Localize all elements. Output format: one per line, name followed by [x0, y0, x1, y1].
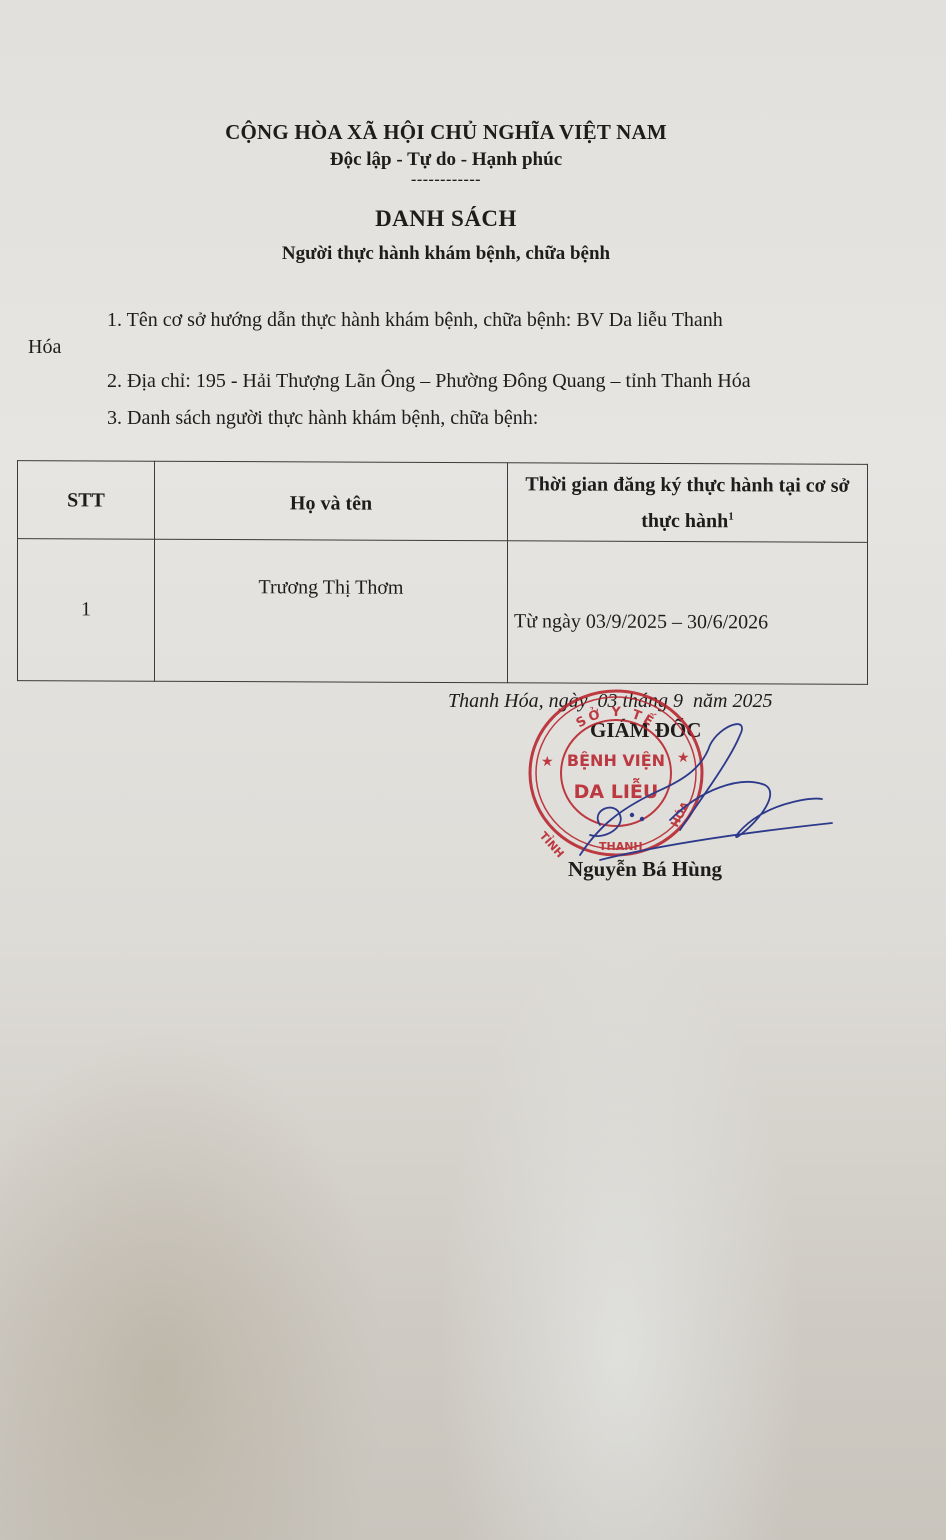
address-line: 2. Địa chỉ: 195 - Hải Thượng Lãn Ông – P… — [107, 369, 751, 393]
column-header-period-label: Thời gian đăng ký thực hành tại cơ sở th… — [525, 473, 849, 532]
motto: Độc lập - Tự do - Hạnh phúc — [0, 149, 892, 171]
document-title: DANH SÁCH — [0, 206, 892, 232]
cell-period: Từ ngày 03/9/2025 – 30/6/2026 — [508, 541, 868, 685]
nation-heading: CỘNG HÒA XÃ HỘI CHỦ NGHĨA VIỆT NAM — [0, 120, 892, 145]
table-row: 1 Trương Thị Thơm Từ ngày 03/9/2025 – 30… — [18, 539, 868, 685]
column-header-stt: STT — [18, 461, 155, 540]
stamp-star-left-icon: ★ — [541, 754, 554, 770]
column-header-name: Họ và tên — [155, 461, 508, 541]
cell-stt: 1 — [18, 539, 155, 682]
facility-name-line: 1. Tên cơ sở hướng dẫn thực hành khám bệ… — [107, 308, 723, 332]
signer-name: Nguyễn Bá Hùng — [568, 857, 722, 882]
practitioner-list-label: 3. Danh sách người thực hành khám bệnh, … — [107, 406, 538, 430]
practitioner-table: STT Họ và tên Thời gian đăng ký thực hàn… — [17, 460, 868, 685]
footnote-marker: 1 — [728, 510, 734, 522]
facility-name-continuation: Hóa — [28, 335, 61, 359]
document-subtitle: Người thực hành khám bệnh, chữa bệnh — [0, 243, 892, 265]
table-header-row: STT Họ và tên Thời gian đăng ký thực hàn… — [18, 461, 868, 543]
header-divider: ------------ — [0, 171, 892, 189]
column-header-name-label: Họ và tên — [290, 492, 372, 514]
cell-name: Trương Thị Thơm — [155, 539, 508, 683]
signature-icon — [560, 715, 850, 865]
column-header-period: Thời gian đăng ký thực hành tại cơ sở th… — [508, 463, 868, 543]
